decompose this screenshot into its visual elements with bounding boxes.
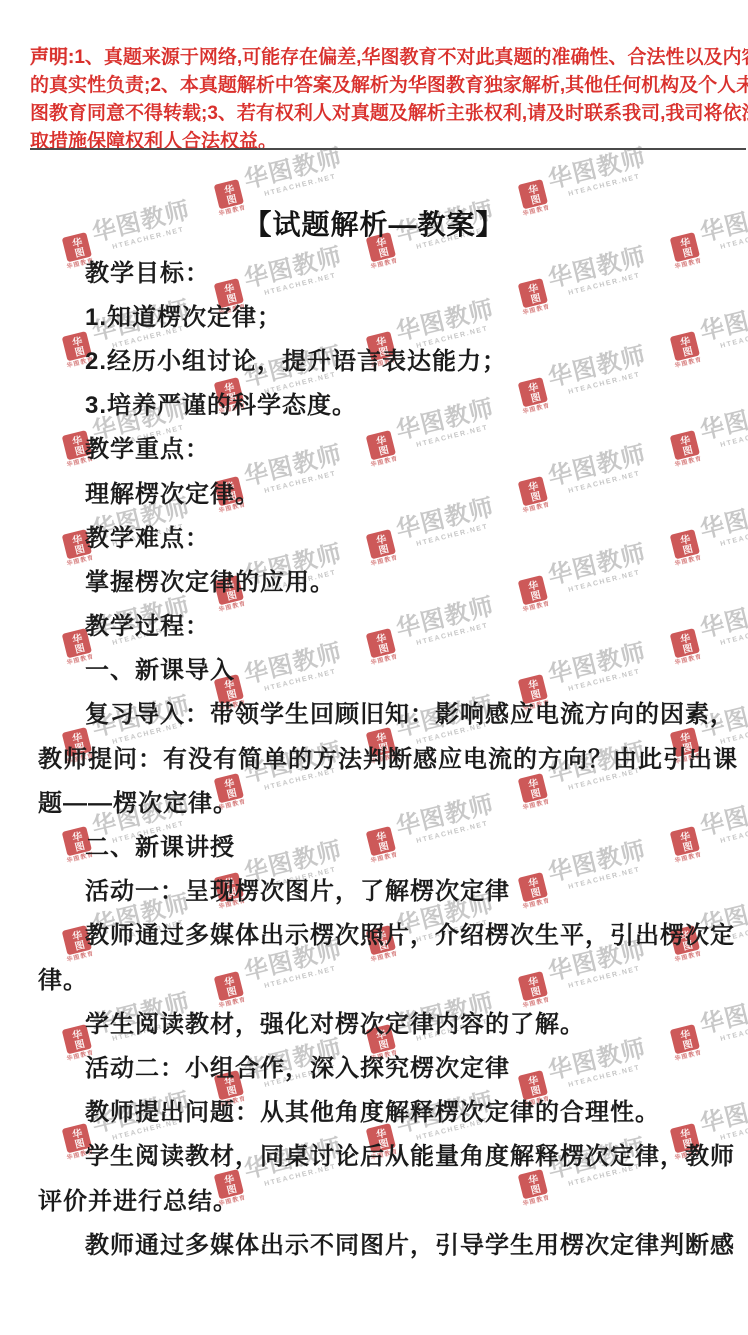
- separator-line: [30, 148, 746, 150]
- body-line: 教师通过多媒体出示不同图片，引导学生用楞次定律判断感: [38, 1220, 714, 1264]
- document-page: 华图华图教育华图教师HTEACHER.NET华图华图教育华图教师HTEACHER…: [0, 0, 748, 1335]
- body-line: 教学过程：: [38, 602, 714, 646]
- body-line: 活动二：小组合作，深入探究楞次定律: [38, 1043, 714, 1087]
- watermark-domain: HTEACHER.NET: [720, 323, 748, 350]
- disclaimer-line: 取措施保障权利人合法权益。: [30, 128, 722, 156]
- body-line: 律。: [38, 955, 714, 999]
- body-line: 教学目标：: [38, 248, 714, 292]
- body-line: 活动一：呈现楞次图片，了解楞次定律: [38, 867, 714, 911]
- watermark-domain: HTEACHER.NET: [720, 422, 748, 449]
- body-line: 一、新课导入: [38, 646, 714, 690]
- body-line: 复习导入：带领学生回顾旧知：影响感应电流方向的因素，: [38, 690, 714, 734]
- body-line: 1.知道楞次定律；: [38, 292, 714, 336]
- page-title: 【试题解析—教案】: [0, 203, 748, 243]
- body-line: 教师通过多媒体出示楞次照片，介绍楞次生平，引出楞次定: [38, 911, 714, 955]
- body-line: 掌握楞次定律的应用。: [38, 557, 714, 601]
- watermark-domain: HTEACHER.NET: [720, 521, 748, 548]
- body-line: 3.培养严谨的科学态度。: [38, 381, 714, 425]
- body-line: 教师提出问题：从其他角度解释楞次定律的合理性。: [38, 1088, 714, 1132]
- body-line: 理解楞次定律。: [38, 469, 714, 513]
- document-body: 教学目标：1.知道楞次定律；2.经历小组讨论，提升语言表达能力；3.培养严谨的科…: [38, 248, 714, 1264]
- body-line: 评价并进行总结。: [38, 1176, 714, 1220]
- disclaimer-line: 的真实性负责;2、本真题解析中答案及解析为华图教育独家解析,其他任何机构及个人未…: [30, 72, 722, 100]
- watermark-domain: HTEACHER.NET: [720, 620, 748, 647]
- body-line: 题——楞次定律。: [38, 778, 714, 822]
- body-line: 学生阅读教材，强化对楞次定律内容的了解。: [38, 999, 714, 1043]
- body-line: 学生阅读教材，同桌讨论后从能量角度解释楞次定律，教师: [38, 1132, 714, 1176]
- disclaimer-line: 声明:1、真题来源于网络,可能存在偏差,华图教育不对此真题的准确性、合法性以及内…: [30, 44, 722, 72]
- watermark-domain: HTEACHER.NET: [568, 171, 651, 198]
- watermark-domain: HTEACHER.NET: [264, 171, 347, 198]
- body-line: 二、新课讲授: [38, 822, 714, 866]
- body-line: 教学难点：: [38, 513, 714, 557]
- disclaimer-line: 图教育同意不得转载;3、若有权利人对真题及解析主张权利,请及时联系我司,我司将依…: [30, 100, 722, 128]
- watermark-domain: HTEACHER.NET: [720, 818, 748, 845]
- disclaimer-label: 声明:: [30, 47, 74, 68]
- body-line: 2.经历小组讨论，提升语言表达能力；: [38, 336, 714, 380]
- body-line: 教学重点：: [38, 425, 714, 469]
- disclaimer-text: 声明:1、真题来源于网络,可能存在偏差,华图教育不对此真题的准确性、合法性以及内…: [30, 44, 722, 156]
- watermark-domain: HTEACHER.NET: [720, 1016, 748, 1043]
- body-line: 教师提问：有没有简单的方法判断感应电流的方向？由此引出课: [38, 734, 714, 778]
